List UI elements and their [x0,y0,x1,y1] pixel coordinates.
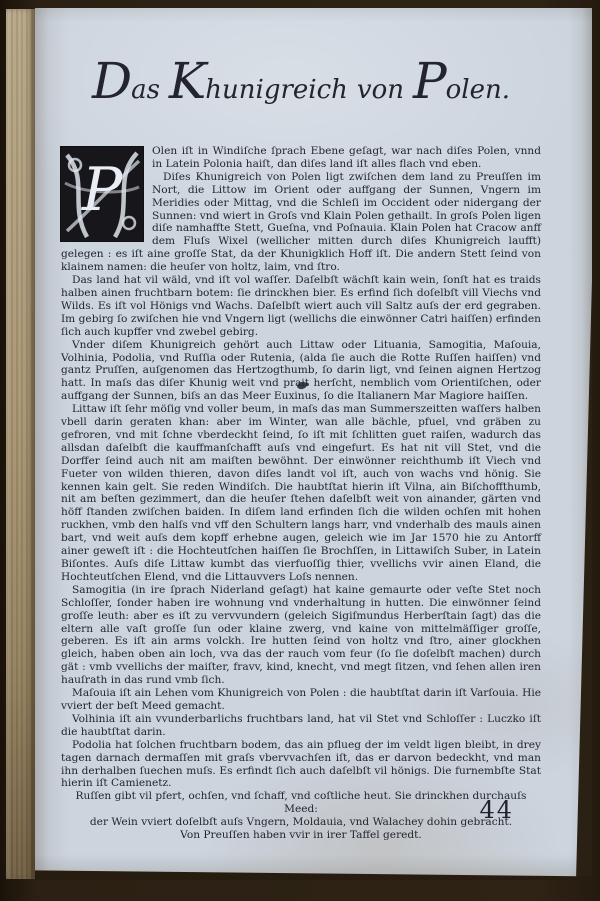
page-content: DasKhunigreichvonPolen. P Olen iſt in Wi… [61,38,541,842]
title-initial-d: D [92,52,131,110]
closing-line-russen: Ruſſen gibt vil pfert, ochſen, vnd ſchaf… [61,790,541,816]
title-word-polen: olen. [446,75,510,105]
photo-background: DasKhunigreichvonPolen. P Olen iſt in Wi… [0,0,600,901]
closing-line-preussen: Von Preuſſen haben vvir in irer Taffel g… [61,829,541,842]
page-title: DasKhunigreichvonPolen. [61,52,541,119]
paragraph-territories: Vnder diſem Khunigreich gehört auch Litt… [61,339,541,404]
photo-shadow-bottom [35,868,592,880]
title-word-das: as [131,75,160,105]
photo-shadow-right [576,280,592,880]
title-initial-k: K [169,52,205,110]
closing-line-wein: der Wein vviert doſelbſt auſs Vngern, Mo… [61,816,541,829]
paragraph-masouia: Maſouia iſt ain Lehen vom Khunigreich vo… [61,687,541,713]
page-number: 44 [479,796,514,824]
body-text: P Olen iſt in Windiſche ſprach Ebene geſ… [61,145,541,842]
closing-block: Ruſſen gibt vil pfert, ochſen, vnd ſchaf… [61,790,541,842]
paragraph-podolia: Podolia hat ſolchen fruchtbarn bodem, da… [61,739,541,791]
title-word-khunigreich: hunigreich [205,75,348,105]
paragraph-samogitia: Samogitia (in ire ſprach Niderland geſag… [61,584,541,687]
book-page-edges [6,9,35,879]
title-initial-p: P [413,52,446,110]
paragraph-volhinia: Volhinia iſt ain vvunderbarlichs fruchtb… [61,713,541,739]
title-word-von: von [357,75,404,105]
drop-cap-letter: P [61,143,143,237]
drop-cap-woodcut: P [61,147,143,241]
paragraph-littaw: Littaw iſt ſehr möſig vnd voller beum, i… [61,403,541,584]
paragraph-land-resources: Das land hat vil wäld, vnd iſt vol waſſe… [61,274,541,339]
book-page: DasKhunigreichvonPolen. P Olen iſt in Wi… [35,8,592,880]
